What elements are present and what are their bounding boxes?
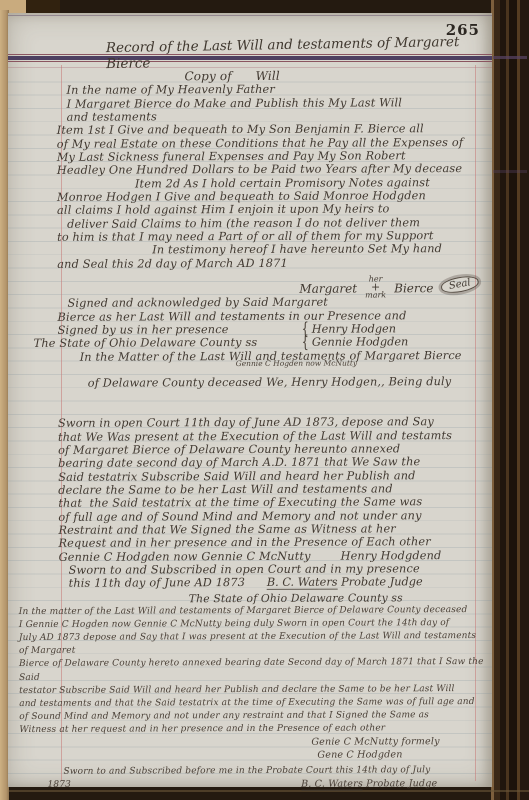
signature-mark: her + mark — [365, 276, 386, 299]
year-label: 1873 — [48, 779, 72, 792]
judge-title: Probate Judge — [337, 576, 422, 589]
witness-signature: {Gennie Hodgden — [302, 335, 409, 349]
page-header-title: Record of the Last Will and testaments o… — [106, 34, 467, 72]
probate-line: of Delaware County deceased We, Henry Ho… — [58, 362, 486, 417]
venue-heading: The State of Ohio Delaware County ss — [189, 591, 487, 606]
will-line: In testimony hereof I have hereunto Set … — [152, 242, 485, 257]
judge-name: B. C. Waters — [301, 779, 363, 791]
witness-signature: Gene C Hodgden — [317, 748, 487, 762]
top-rule — [8, 15, 492, 16]
judge-signature: B. C. Waters Probate Judge — [267, 575, 487, 589]
page-edge-rule — [493, 170, 527, 173]
probate-line: that We Was present at the Execution of … — [58, 429, 486, 444]
will-line: of My real Estate on these Conditions th… — [57, 136, 485, 151]
second-probate-section: In the matter of the Last Will and testa… — [19, 604, 488, 792]
page-edge-rule — [493, 56, 527, 59]
witness-signatures-line: Gennie C Hodgden now Gennie C McNutty He… — [59, 549, 487, 564]
seal-stamp: Seal — [440, 274, 480, 296]
book-edge-top — [0, 0, 529, 14]
probate2-line: Bierce of Delaware County hereto annexed… — [19, 656, 487, 684]
witness-signature: Genie C McNutty formely — [311, 735, 487, 749]
judge-title: Probate Judge — [363, 778, 437, 789]
document-body: Copy of Will In the name of My Heavenly … — [6, 69, 487, 792]
interlinear-insertion: Gennie C Hogden now McNutty — [236, 356, 357, 370]
witness-brace: { — [302, 333, 309, 353]
spacer — [245, 576, 267, 589]
probate-line: Sworn in open Court 11th day of June AD … — [58, 415, 486, 430]
will-line: Monroe Hodgen I Give and bequeath to Sai… — [57, 189, 485, 204]
witness-name: Gennie Hodgden — [312, 335, 409, 348]
page-edges-right — [491, 0, 529, 800]
judge-signature-row: this 11th day of June AD 1873 B. C. Wate… — [59, 575, 487, 590]
testator-signature: Margaret her + mark Bierce Seal — [57, 269, 485, 297]
witness-signature: {Henry Hodgen — [302, 322, 397, 336]
attestation-line: Signed by us in her presence — [58, 323, 302, 337]
judge-name: B. C. Waters — [267, 576, 338, 590]
probate-line-text: of Delaware County deceased We, Henry Ho… — [88, 375, 452, 390]
probate2-line: July AD 1873 depose and Say that I was p… — [19, 630, 487, 658]
judge-signature: B. C. Waters Probate Judge — [301, 777, 437, 791]
final-row: 1873 B. C. Waters Probate Judge — [20, 777, 488, 792]
date-line: this 11th day of June AD 1873 — [69, 576, 245, 590]
ledger-page: 265 Record of the Last Will and testamen… — [8, 13, 492, 787]
ledger-photo: 265 Record of the Last Will and testamen… — [0, 0, 529, 800]
signature-first-name: Margaret — [299, 283, 357, 296]
probate-line: that the Said testatrix at the time of E… — [58, 495, 486, 510]
venue-line: The State of Ohio Delaware County ss — [34, 336, 278, 350]
probate2-line: of Sound Mind and Memory and not under a… — [19, 709, 487, 724]
seal-label: Seal — [448, 277, 472, 292]
witness-name: Henry Hodgen — [312, 322, 396, 335]
signature-last-name: Bierce — [394, 282, 433, 295]
will-copy-heading: Copy of Will — [184, 69, 484, 84]
mark-label: mark — [365, 292, 386, 299]
